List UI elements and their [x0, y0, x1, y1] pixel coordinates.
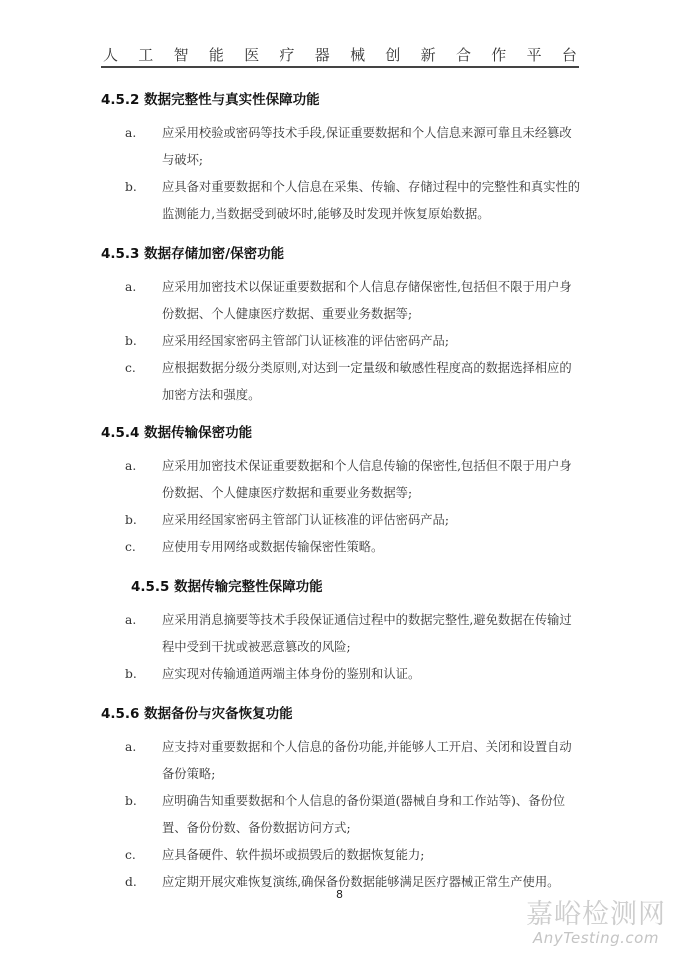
list-marker: b. — [101, 661, 162, 688]
header-char: 创 — [385, 47, 400, 63]
list-marker: a. — [101, 274, 162, 328]
list-text: 应定期开展灾难恢复演练,确保备份数据能够满足医疗器械正常生产使用。 — [162, 869, 581, 896]
list-item: c. 应具备硬件、软件损坏或损毁后的数据恢复能力; — [101, 842, 581, 869]
list-item: b. 应采用经国家密码主管部门认证核准的评估密码产品; — [101, 328, 581, 355]
section-4-5-3: 4.5.3 数据存储加密/保密功能 a. 应采用加密技术以保证重要数据和个人信息… — [101, 242, 581, 409]
list-text: 应采用加密技术以保证重要数据和个人信息存储保密性,包括但不限于用户身份数据、个人… — [162, 274, 581, 328]
list-item: b. 应实现对传输通道两端主体身份的鉴别和认证。 — [101, 661, 581, 688]
list-marker: d. — [101, 869, 162, 896]
header-char: 合 — [456, 47, 471, 63]
list-item: a. 应采用加密技术以保证重要数据和个人信息存储保密性,包括但不限于用户身份数据… — [101, 274, 581, 328]
list-text: 应采用经国家密码主管部门认证核准的评估密码产品; — [162, 328, 581, 355]
list-text: 应根据数据分级分类原则,对达到一定量级和敏感性程度高的数据选择相应的加密方法和强… — [162, 355, 581, 409]
header-char: 医 — [244, 47, 259, 63]
list-item: a. 应采用消息摘要等技术手段保证通信过程中的数据完整性,避免数据在传输过程中受… — [101, 607, 581, 661]
header-char: 人 — [103, 47, 118, 63]
header-char: 工 — [138, 47, 153, 63]
header-char: 新 — [421, 47, 436, 63]
header-char: 械 — [350, 47, 365, 63]
header-char: 平 — [527, 47, 542, 63]
list-text: 应采用加密技术保证重要数据和个人信息传输的保密性,包括但不限于用户身份数据、个人… — [162, 453, 581, 507]
section-4-5-2: 4.5.2 数据完整性与真实性保障功能 a. 应采用校验或密码等技术手段,保证重… — [101, 88, 581, 228]
watermark-domain: AnyTesting.com — [522, 930, 670, 946]
list-item: b. 应具备对重要数据和个人信息在采集、传输、存储过程中的完整性和真实性的监测能… — [101, 174, 581, 228]
header-char: 作 — [491, 47, 506, 63]
list-item: a. 应采用加密技术保证重要数据和个人信息传输的保密性,包括但不限于用户身份数据… — [101, 453, 581, 507]
list-marker: b. — [101, 507, 162, 534]
section-title: 4.5.6 数据备份与灾备恢复功能 — [101, 702, 581, 726]
header-char: 能 — [209, 47, 224, 63]
section-title: 4.5.5 数据传输完整性保障功能 — [101, 575, 581, 599]
list-item: b. 应采用经国家密码主管部门认证核准的评估密码产品; — [101, 507, 581, 534]
list-marker: b. — [101, 788, 162, 842]
watermark-logo-text: 嘉峪检测网 — [522, 900, 670, 930]
list-text: 应实现对传输通道两端主体身份的鉴别和认证。 — [162, 661, 581, 688]
list-marker: c. — [101, 355, 162, 409]
page-header: 人 工 智 能 医 疗 器 械 创 新 合 作 平 台 — [101, 42, 579, 68]
header-char: 台 — [562, 47, 577, 63]
list-text: 应明确告知重要数据和个人信息的备份渠道(器械自身和工作站等)、备份位置、备份份数… — [162, 788, 581, 842]
section-title: 4.5.3 数据存储加密/保密功能 — [101, 242, 581, 266]
page-number: 8 — [336, 888, 343, 901]
section-4-5-4: 4.5.4 数据传输保密功能 a. 应采用加密技术保证重要数据和个人信息传输的保… — [101, 421, 581, 561]
list-marker: b. — [101, 174, 162, 228]
section-title: 4.5.2 数据完整性与真实性保障功能 — [101, 88, 581, 112]
list-text: 应具备硬件、软件损坏或损毁后的数据恢复能力; — [162, 842, 581, 869]
list-marker: a. — [101, 120, 162, 174]
list-item: c. 应根据数据分级分类原则,对达到一定量级和敏感性程度高的数据选择相应的加密方… — [101, 355, 581, 409]
header-char: 智 — [174, 47, 189, 63]
list-text: 应采用校验或密码等技术手段,保证重要数据和个人信息来源可靠且未经篡改与破坏; — [162, 120, 581, 174]
list-text: 应使用专用网络或数据传输保密性策略。 — [162, 534, 581, 561]
document-body: 4.5.2 数据完整性与真实性保障功能 a. 应采用校验或密码等技术手段,保证重… — [101, 88, 581, 896]
list-text: 应采用消息摘要等技术手段保证通信过程中的数据完整性,避免数据在传输过程中受到干扰… — [162, 607, 581, 661]
header-char: 器 — [315, 47, 330, 63]
list-item: a. 应支持对重要数据和个人信息的备份功能,并能够人工开启、关闭和设置自动备份策… — [101, 734, 581, 788]
list-text: 应采用经国家密码主管部门认证核准的评估密码产品; — [162, 507, 581, 534]
header-char: 疗 — [279, 47, 294, 63]
list-marker: a. — [101, 734, 162, 788]
watermark: 嘉峪检测网 AnyTesting.com — [522, 900, 670, 946]
list-item: c. 应使用专用网络或数据传输保密性策略。 — [101, 534, 581, 561]
list-marker: c. — [101, 534, 162, 561]
list-item: a. 应采用校验或密码等技术手段,保证重要数据和个人信息来源可靠且未经篡改与破坏… — [101, 120, 581, 174]
list-text: 应支持对重要数据和个人信息的备份功能,并能够人工开启、关闭和设置自动备份策略; — [162, 734, 581, 788]
list-text: 应具备对重要数据和个人信息在采集、传输、存储过程中的完整性和真实性的监测能力,当… — [162, 174, 581, 228]
list-marker: a. — [101, 453, 162, 507]
section-title: 4.5.4 数据传输保密功能 — [101, 421, 581, 445]
list-marker: b. — [101, 328, 162, 355]
list-marker: c. — [101, 842, 162, 869]
section-4-5-5: 4.5.5 数据传输完整性保障功能 a. 应采用消息摘要等技术手段保证通信过程中… — [101, 575, 581, 688]
section-4-5-6: 4.5.6 数据备份与灾备恢复功能 a. 应支持对重要数据和个人信息的备份功能,… — [101, 702, 581, 896]
list-marker: a. — [101, 607, 162, 661]
list-item: b. 应明确告知重要数据和个人信息的备份渠道(器械自身和工作站等)、备份位置、备… — [101, 788, 581, 842]
